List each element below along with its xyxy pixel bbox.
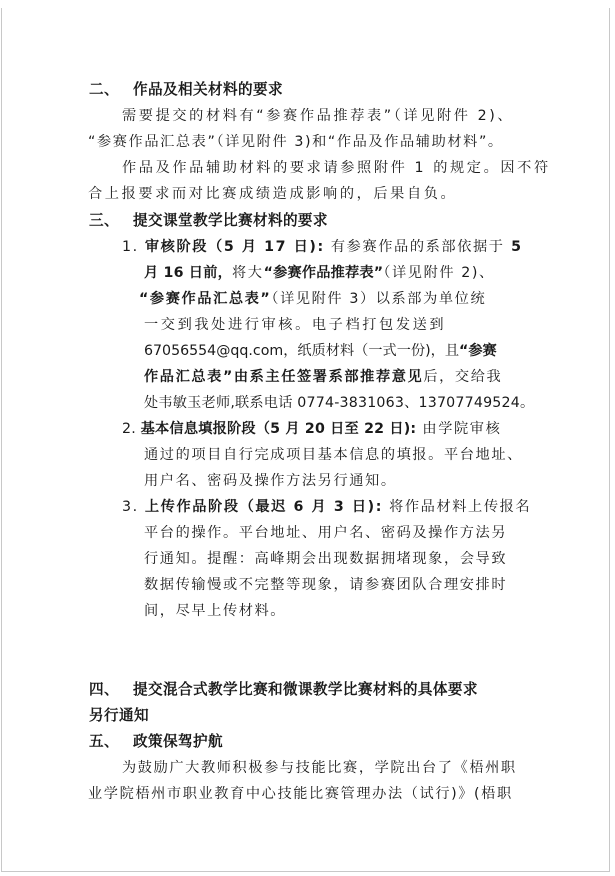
section-heading-2: 二、作品及相关材料的要求 (89, 77, 283, 103)
text: 将作品材料上传报名 (383, 499, 531, 515)
list-item-1: 1. 审核阶段（5 月 17 日): 有参赛作品的系部依据于 5 (122, 234, 523, 260)
paragraph-line: “参赛作品汇总表”（详见附件 3)和“作品及作品辅助材料”。 (88, 129, 504, 155)
list-item-line: 用户名、密码及操作方法另行通知。 (144, 468, 397, 494)
paragraph-line: 需要提交的材料有“参赛作品推荐表”（详见附件 2)、 (122, 103, 514, 129)
section-heading-5: 五、政策保驾护航 (89, 729, 223, 755)
section-number: 三、 (89, 208, 133, 234)
list-item-line: 行通知。提醒：高峰期会出现数据拥堵现象，会导致 (144, 546, 507, 572)
text: 由学院审核 (416, 421, 501, 437)
section-number: 四、 (89, 677, 133, 703)
text-bold: 5 (505, 239, 523, 255)
text: （详见附件 2)、 (383, 265, 495, 281)
stage-title: 审核阶段（5 月 17 日): (145, 239, 325, 255)
text: 有参赛作品的系部依据于 (325, 239, 505, 255)
stage-title: 基本信息填报阶段（5 月 20 日至 22 日): (141, 421, 417, 437)
text: （详见附件 3）以系部为单位统 (271, 291, 486, 307)
list-item-line: 月 16 日前，将大“参赛作品推荐表”（详见附件 2)、 (144, 260, 495, 286)
text-bold: “参赛 (459, 343, 497, 359)
document-page: 二、作品及相关材料的要求 需要提交的材料有“参赛作品推荐表”（详见附件 2)、 … (1, 8, 610, 872)
section-title: 提交混合式教学比赛和微课教学比赛材料的具体要求 (133, 681, 478, 698)
section-heading-4-cont: 另行通知 (89, 703, 149, 729)
list-item-line: 一交到我处进行审核。电子档打包发送到 (144, 312, 446, 338)
list-item-line: “参赛作品汇总表”（详见附件 3）以系部为单位统 (139, 286, 486, 312)
text-bold: 月 16 日前， (144, 265, 232, 281)
email-text: 67056554@qq.com，纸质材料（一式一份)，且 (144, 343, 459, 359)
section-number: 五、 (89, 729, 133, 755)
section-heading-4: 四、提交混合式教学比赛和微课教学比赛材料的具体要求 (89, 677, 478, 703)
list-item-line: 平台的操作。平台地址、用户名、密码及操作方法另 (144, 520, 507, 546)
list-marker: 1. (122, 239, 139, 255)
paragraph-line: 合上报要求而对比赛成绩造成影响的，后果自负。 (88, 181, 457, 207)
paragraph-line: 作品及作品辅助材料的要求请参照附件 1 的规定。因不符 (122, 155, 551, 181)
section-heading-3: 三、提交课堂教学比赛材料的要求 (89, 208, 328, 234)
text-bold: “参赛作品汇总表” (139, 291, 271, 307)
list-item-3: 3. 上传作品阶段（最迟 6 月 3 日): 将作品材料上传报名 (122, 494, 531, 520)
text-bold: 作品汇总表”由系主任签署系部推荐意见 (144, 369, 423, 385)
paragraph-line: 业学院梧州市职业教育中心技能比赛管理办法（试行)》(梧职 (88, 781, 513, 807)
paragraph-line: 为鼓励广大教师积极参与技能比赛，学院出台了《梧州职 (122, 755, 517, 781)
section-title: 提交课堂教学比赛材料的要求 (133, 212, 328, 229)
list-item-line: 通过的项目自行完成项目基本信息的填报。平台地址、 (144, 442, 523, 468)
section-number: 二、 (89, 77, 133, 103)
list-item-line: 数据传输慢或不完整等现象，请参赛团队合理安排时 (144, 572, 507, 598)
contact-line: 处韦敏玉老师,联系电话 0774-3831063、13707749524。 (144, 390, 534, 416)
stage-title: 上传作品阶段（最迟 6 月 3 日): (145, 499, 383, 515)
list-item-line: 间，尽早上传材料。 (144, 598, 286, 624)
text-bold: “参赛作品推荐表” (264, 265, 384, 281)
list-item-line: 67056554@qq.com，纸质材料（一式一份)，且“参赛 (144, 338, 497, 364)
section-title: 政策保驾护航 (133, 733, 223, 750)
list-item-line: 作品汇总表”由系主任签署系部推荐意见后，交给我 (144, 364, 502, 390)
text: 将大 (232, 265, 264, 281)
list-marker: 3. (122, 499, 139, 515)
text: 后，交给我 (423, 369, 502, 385)
section-title: 作品及相关材料的要求 (133, 81, 283, 98)
list-marker: 2. (122, 421, 136, 437)
list-item-2: 2. 基本信息填报阶段（5 月 20 日至 22 日): 由学院审核 (122, 416, 501, 442)
